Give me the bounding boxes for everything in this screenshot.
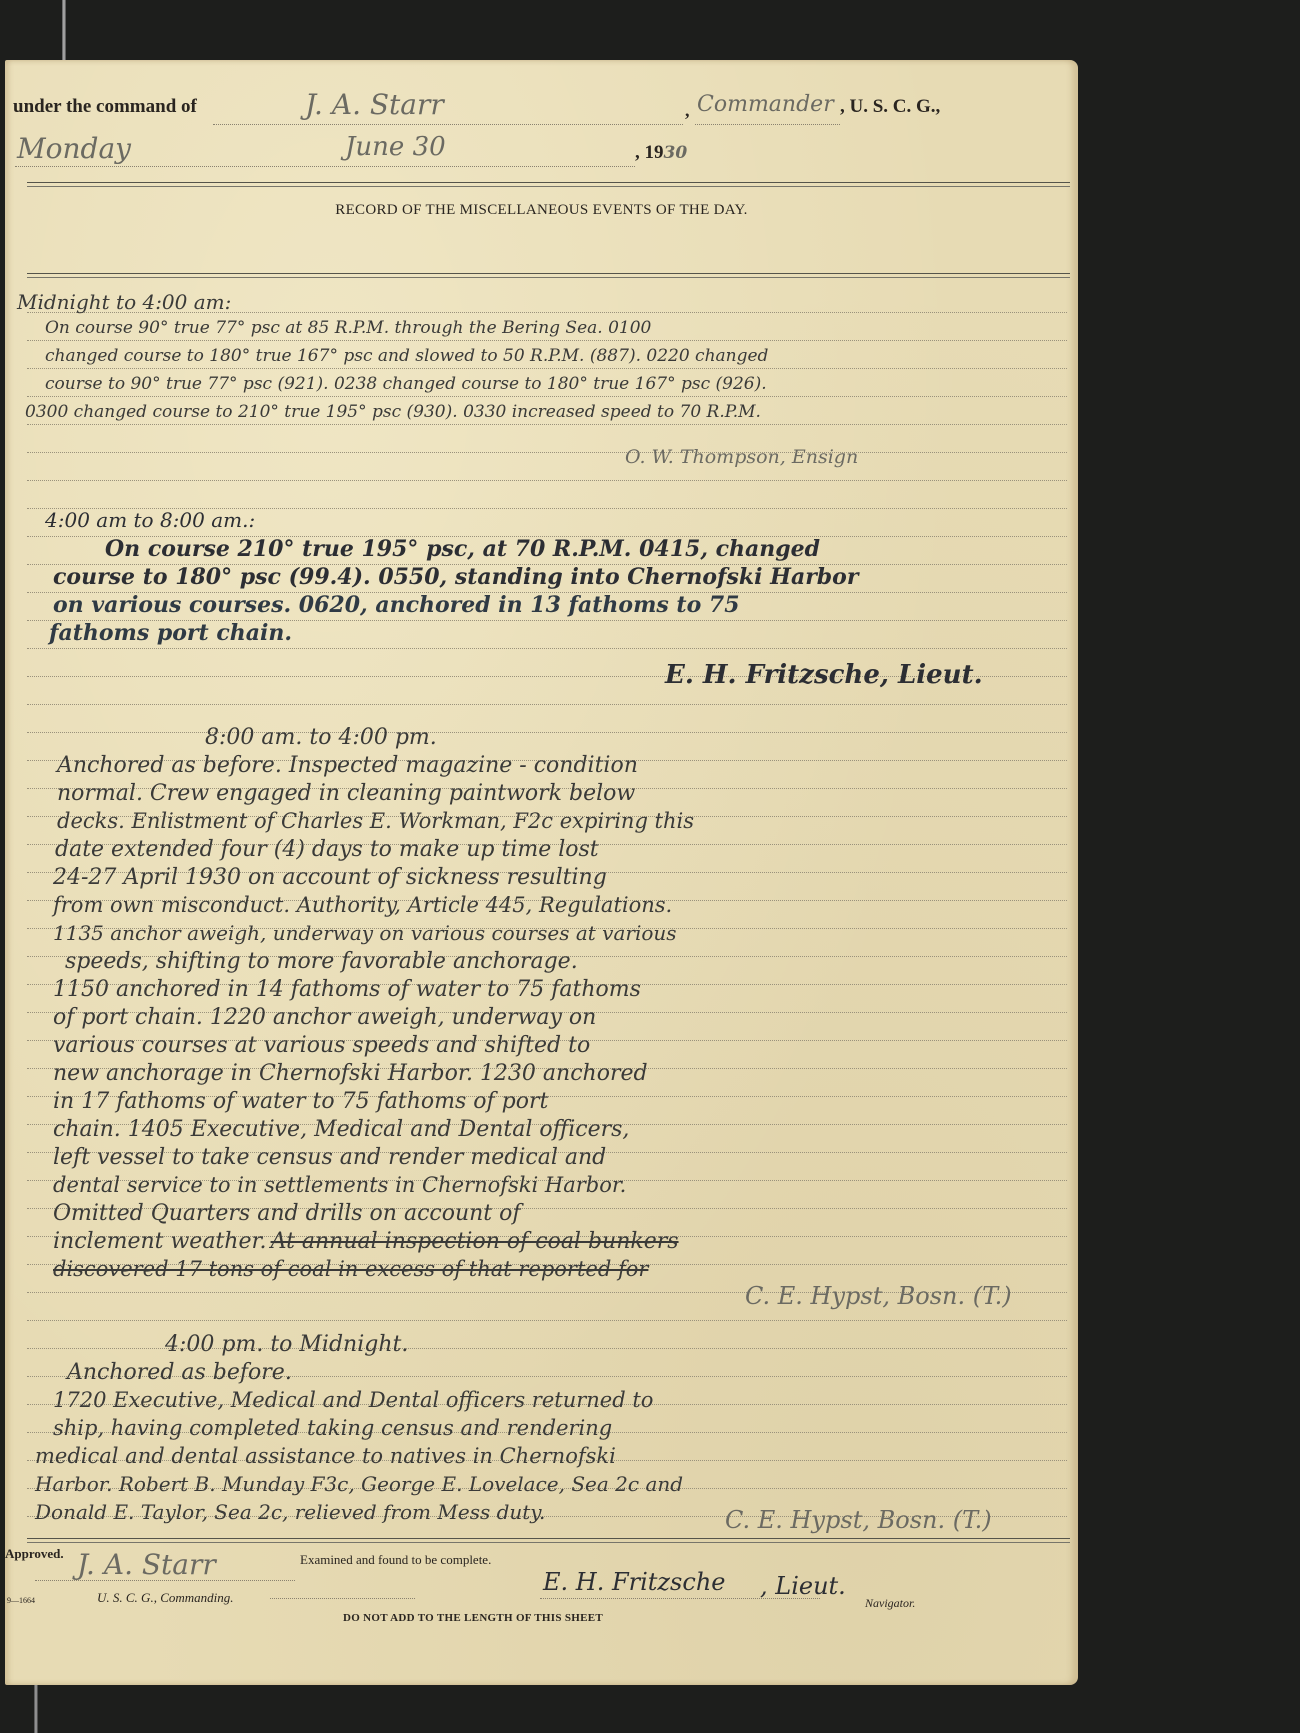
officer-signature: O. W. Thompson, Ensign: [625, 446, 858, 468]
rank-field-line: [695, 124, 840, 125]
log-line: various courses at various speeds and sh…: [53, 1033, 590, 1058]
log-line: left vessel to take census and render me…: [53, 1145, 606, 1170]
sheet-notice: DO NOT ADD TO THE LENGTH OF THIS SHEET: [343, 1612, 603, 1624]
log-line: in 17 fathoms of water to 75 fathoms of …: [53, 1089, 548, 1114]
log-line: from own misconduct. Authority, Article …: [53, 893, 672, 917]
officer-signature: E. H. Fritzsche, Lieut.: [665, 660, 983, 690]
book-binding-bottom: [34, 1680, 38, 1733]
log-line-with-strike: inclement weather. At annual inspection …: [53, 1229, 679, 1254]
log-line: On course 90° true 77° psc at 85 R.P.M. …: [45, 318, 651, 338]
navigator-field-line-2: [270, 1598, 405, 1599]
commander-field-line: [213, 124, 683, 125]
log-line: Anchored as before.: [67, 1360, 292, 1385]
section-title: RECORD OF THE MISCELLANEOUS EVENTS OF TH…: [5, 202, 1078, 219]
log-line: course to 90° true 77° psc (921). 0238 c…: [45, 374, 767, 394]
log-line: changed course to 180° true 167° psc and…: [45, 346, 768, 366]
log-line: Omitted Quarters and drills on account o…: [53, 1201, 521, 1226]
log-line: chain. 1405 Executive, Medical and Denta…: [53, 1117, 629, 1142]
section-divider: [27, 273, 1070, 278]
log-line: Harbor. Robert B. Munday F3c, George E. …: [35, 1472, 683, 1496]
log-line: on various courses. 0620, anchored in 13…: [53, 592, 740, 618]
header-divider: [27, 182, 1070, 187]
log-line: 0300 changed course to 210° true 195° ps…: [25, 402, 761, 422]
struck-text: discovered 17 tons of coal in excess of …: [53, 1257, 648, 1281]
day-of-week: Monday: [17, 132, 131, 165]
watch-heading: 8:00 am. to 4:00 pm.: [205, 725, 437, 750]
log-line: Donald E. Taylor, Sea 2c, relieved from …: [35, 1500, 545, 1524]
commanding-label: U. S. C. G., Commanding.: [97, 1590, 234, 1606]
navigator-signature: E. H. Fritzsche: [543, 1568, 725, 1596]
log-line: course to 180° psc (99.4). 0550, standin…: [53, 564, 858, 590]
service-label: , U. S. C. G.,: [840, 96, 940, 118]
officer-signature: C. E. Hypst, Bosn. (T.): [725, 1506, 992, 1534]
log-line: ship, having completed taking census and…: [53, 1416, 612, 1440]
struck-text: At annual inspection of coal bunkers: [271, 1229, 679, 1254]
log-line: new anchorage in Chernofski Harbor. 1230…: [53, 1061, 648, 1086]
approved-label: Approved.: [5, 1546, 64, 1562]
watch-heading: 4:00 pm. to Midnight.: [165, 1332, 408, 1357]
log-line: fathoms port chain.: [49, 620, 292, 646]
log-line: Anchored as before. Inspected magazine -…: [57, 753, 638, 778]
navigator-label: Navigator.: [865, 1596, 915, 1611]
officer-signature: C. E. Hypst, Bosn. (T.): [745, 1282, 1012, 1310]
log-line: decks. Enlistment of Charles E. Workman,…: [57, 809, 694, 833]
commanding-officer-signature: J. A. Starr: [77, 1548, 216, 1581]
watch-heading: Midnight to 4:00 am:: [17, 290, 231, 314]
log-line: of port chain. 1220 anchor aweigh, under…: [53, 1005, 596, 1030]
log-line: dental service to in settlements in Cher…: [53, 1173, 626, 1197]
command-prefix: under the command of: [13, 96, 197, 118]
log-line: normal. Crew engaged in cleaning paintwo…: [57, 781, 635, 806]
commander-rank: Commander: [697, 92, 834, 117]
log-line: medical and dental assistance to natives…: [35, 1444, 616, 1468]
log-line: date extended four (4) days to make up t…: [55, 837, 599, 862]
date: June 30: [345, 132, 446, 162]
log-line: 1150 anchored in 14 fathoms of water to …: [53, 977, 641, 1002]
log-sheet: under the command of J. A. Starr , Comma…: [5, 60, 1078, 1685]
footer-divider: [27, 1538, 1070, 1543]
log-line: On course 210° true 195° psc, at 70 R.P.…: [105, 536, 820, 562]
examined-label: Examined and found to be complete.: [300, 1552, 491, 1568]
year: , 1930: [635, 142, 687, 164]
log-line: 1135 anchor aweigh, underway on various …: [53, 921, 677, 945]
comma: ,: [685, 100, 690, 121]
book-binding: [62, 0, 66, 60]
log-line: 24-27 April 1930 on account of sickness …: [53, 865, 607, 890]
watch-heading: 4:00 am to 8:00 am.:: [45, 508, 255, 532]
commander-name: J. A. Starr: [305, 88, 444, 121]
navigator-rank: , Lieut.: [760, 1572, 846, 1600]
log-line: speeds, shifting to more favorable ancho…: [65, 949, 578, 974]
log-line: 1720 Executive, Medical and Dental offic…: [53, 1388, 653, 1412]
date-field-line: [15, 166, 635, 167]
form-number: 9—1664: [7, 1596, 35, 1605]
